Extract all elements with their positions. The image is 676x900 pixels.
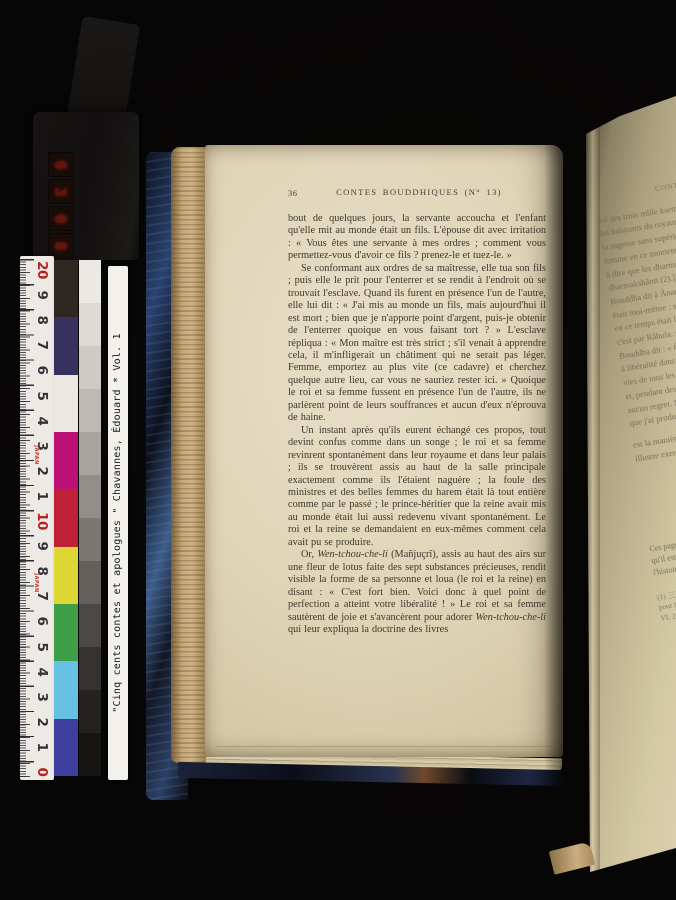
gray-step-9 (79, 604, 101, 647)
gray-step-2 (79, 303, 101, 346)
ruler-number: 2 (29, 713, 55, 731)
text-run: Or, (301, 549, 317, 560)
ruler-number: 6 (29, 361, 55, 379)
ruler-number: 5 (29, 638, 55, 656)
counter-digit-cell: 8 (48, 233, 74, 258)
gray-step-6 (79, 475, 101, 518)
gray-step-5 (79, 432, 101, 475)
ruler-number: 0 (29, 763, 55, 781)
color-patch-green (54, 604, 78, 661)
page-block-fore-edge (171, 147, 208, 763)
color-patch-yellow (54, 547, 78, 604)
ruler-number: 10 (29, 512, 55, 530)
ruler-number: 7 (29, 336, 55, 354)
color-patch-dark-brown (54, 260, 78, 317)
grayscale-step-column (79, 260, 101, 776)
ruler-number: 8 (29, 311, 55, 329)
running-title: CONTES BOUDDHIQUES (N° 13) (288, 187, 550, 197)
gray-step-4 (79, 389, 101, 432)
counter-digit: 0 (52, 214, 70, 223)
gray-step-10 (79, 647, 101, 690)
paragraph: Se conformant aux ordres de sa maîtresse… (288, 263, 546, 425)
color-patch-white (54, 375, 78, 432)
page-body-text: bout de quelques jours, la servante acco… (288, 213, 546, 636)
italic-term: Wen-tchou-che-li (475, 612, 546, 623)
counter-digit: 6 (52, 160, 70, 169)
calibration-ruler: 20987654321109876543210 JAPAN JAPAN (20, 256, 54, 780)
ruler-number: 9 (29, 286, 55, 304)
ruler-brand-text: JAPAN (33, 573, 39, 593)
gray-step-8 (79, 561, 101, 604)
ruler-number: 4 (29, 412, 55, 430)
ruler-number: 1 (29, 487, 55, 505)
label-strip-text: "Cinq cents contes et apologues " Chavan… (108, 266, 128, 780)
frame-counter-display: 6308 (48, 152, 74, 260)
italic-term: Wen-tchou-che-li (317, 549, 388, 560)
ruler-number: 9 (29, 537, 55, 555)
gray-step-11 (79, 690, 101, 733)
ruler-number: 20 (29, 261, 55, 279)
text-run: bout de quelques jours, la servante acco… (288, 213, 546, 261)
counter-digit-cell: 0 (48, 206, 74, 231)
right-page-text: CONTES BOUDDHIQUES (N° 13-14)sol des tro… (593, 140, 676, 624)
color-patch-cyan (54, 661, 78, 718)
gray-step-12 (79, 733, 101, 776)
paragraph: bout de quelques jours, la servante acco… (288, 213, 546, 263)
ruler-number: 4 (29, 663, 55, 681)
color-patch-red (54, 489, 78, 546)
gray-step-3 (79, 346, 101, 389)
ruler-number: 1 (29, 738, 55, 756)
right-page-line: CONTES BOUDDHIQUES (N° 13-14) (593, 150, 676, 205)
color-patch-dark-violet (54, 317, 78, 374)
color-patch-magenta (54, 432, 78, 489)
text-run: Un instant après qu'ils eurent échangé c… (288, 425, 546, 548)
book-digitization-photo: 6308 20987654321109876543210 JAPAN JAPAN… (0, 0, 676, 900)
counter-digit-cell: 6 (48, 152, 74, 177)
gray-step-7 (79, 518, 101, 561)
page-bottom-crease (217, 746, 553, 747)
paragraph: Or, Wen-tchou-che-li (Mañjuçrî), assis a… (288, 549, 546, 636)
gray-step-1 (79, 260, 101, 303)
ruler-number: 5 (29, 387, 55, 405)
ruler-number: 3 (29, 688, 55, 706)
frame-counter: 6308 (33, 112, 139, 260)
paragraph: Un instant après qu'ils eurent échangé c… (288, 425, 546, 550)
ruler-brand-text: JAPAN (33, 445, 39, 465)
ruler-number: 6 (29, 612, 55, 630)
color-patch-blue (54, 719, 78, 776)
counter-digit: 8 (52, 241, 70, 250)
right-page: CONTES BOUDDHIQUES (N° 13-14)sol des tro… (576, 88, 676, 872)
text-run: qui leur expliqua la doctrine des livres (288, 624, 448, 635)
counter-digit-cell: 3 (48, 179, 74, 204)
text-run: Se conformant aux ordres de sa maîtresse… (288, 263, 546, 423)
color-patch-column (54, 260, 78, 776)
counter-digit: 3 (52, 187, 70, 196)
label-strip: "Cinq cents contes et apologues " Chavan… (108, 266, 128, 780)
left-page: 36 CONTES BOUDDHIQUES (N° 13) bout de qu… (205, 145, 563, 757)
gutter-shadow (544, 126, 592, 866)
